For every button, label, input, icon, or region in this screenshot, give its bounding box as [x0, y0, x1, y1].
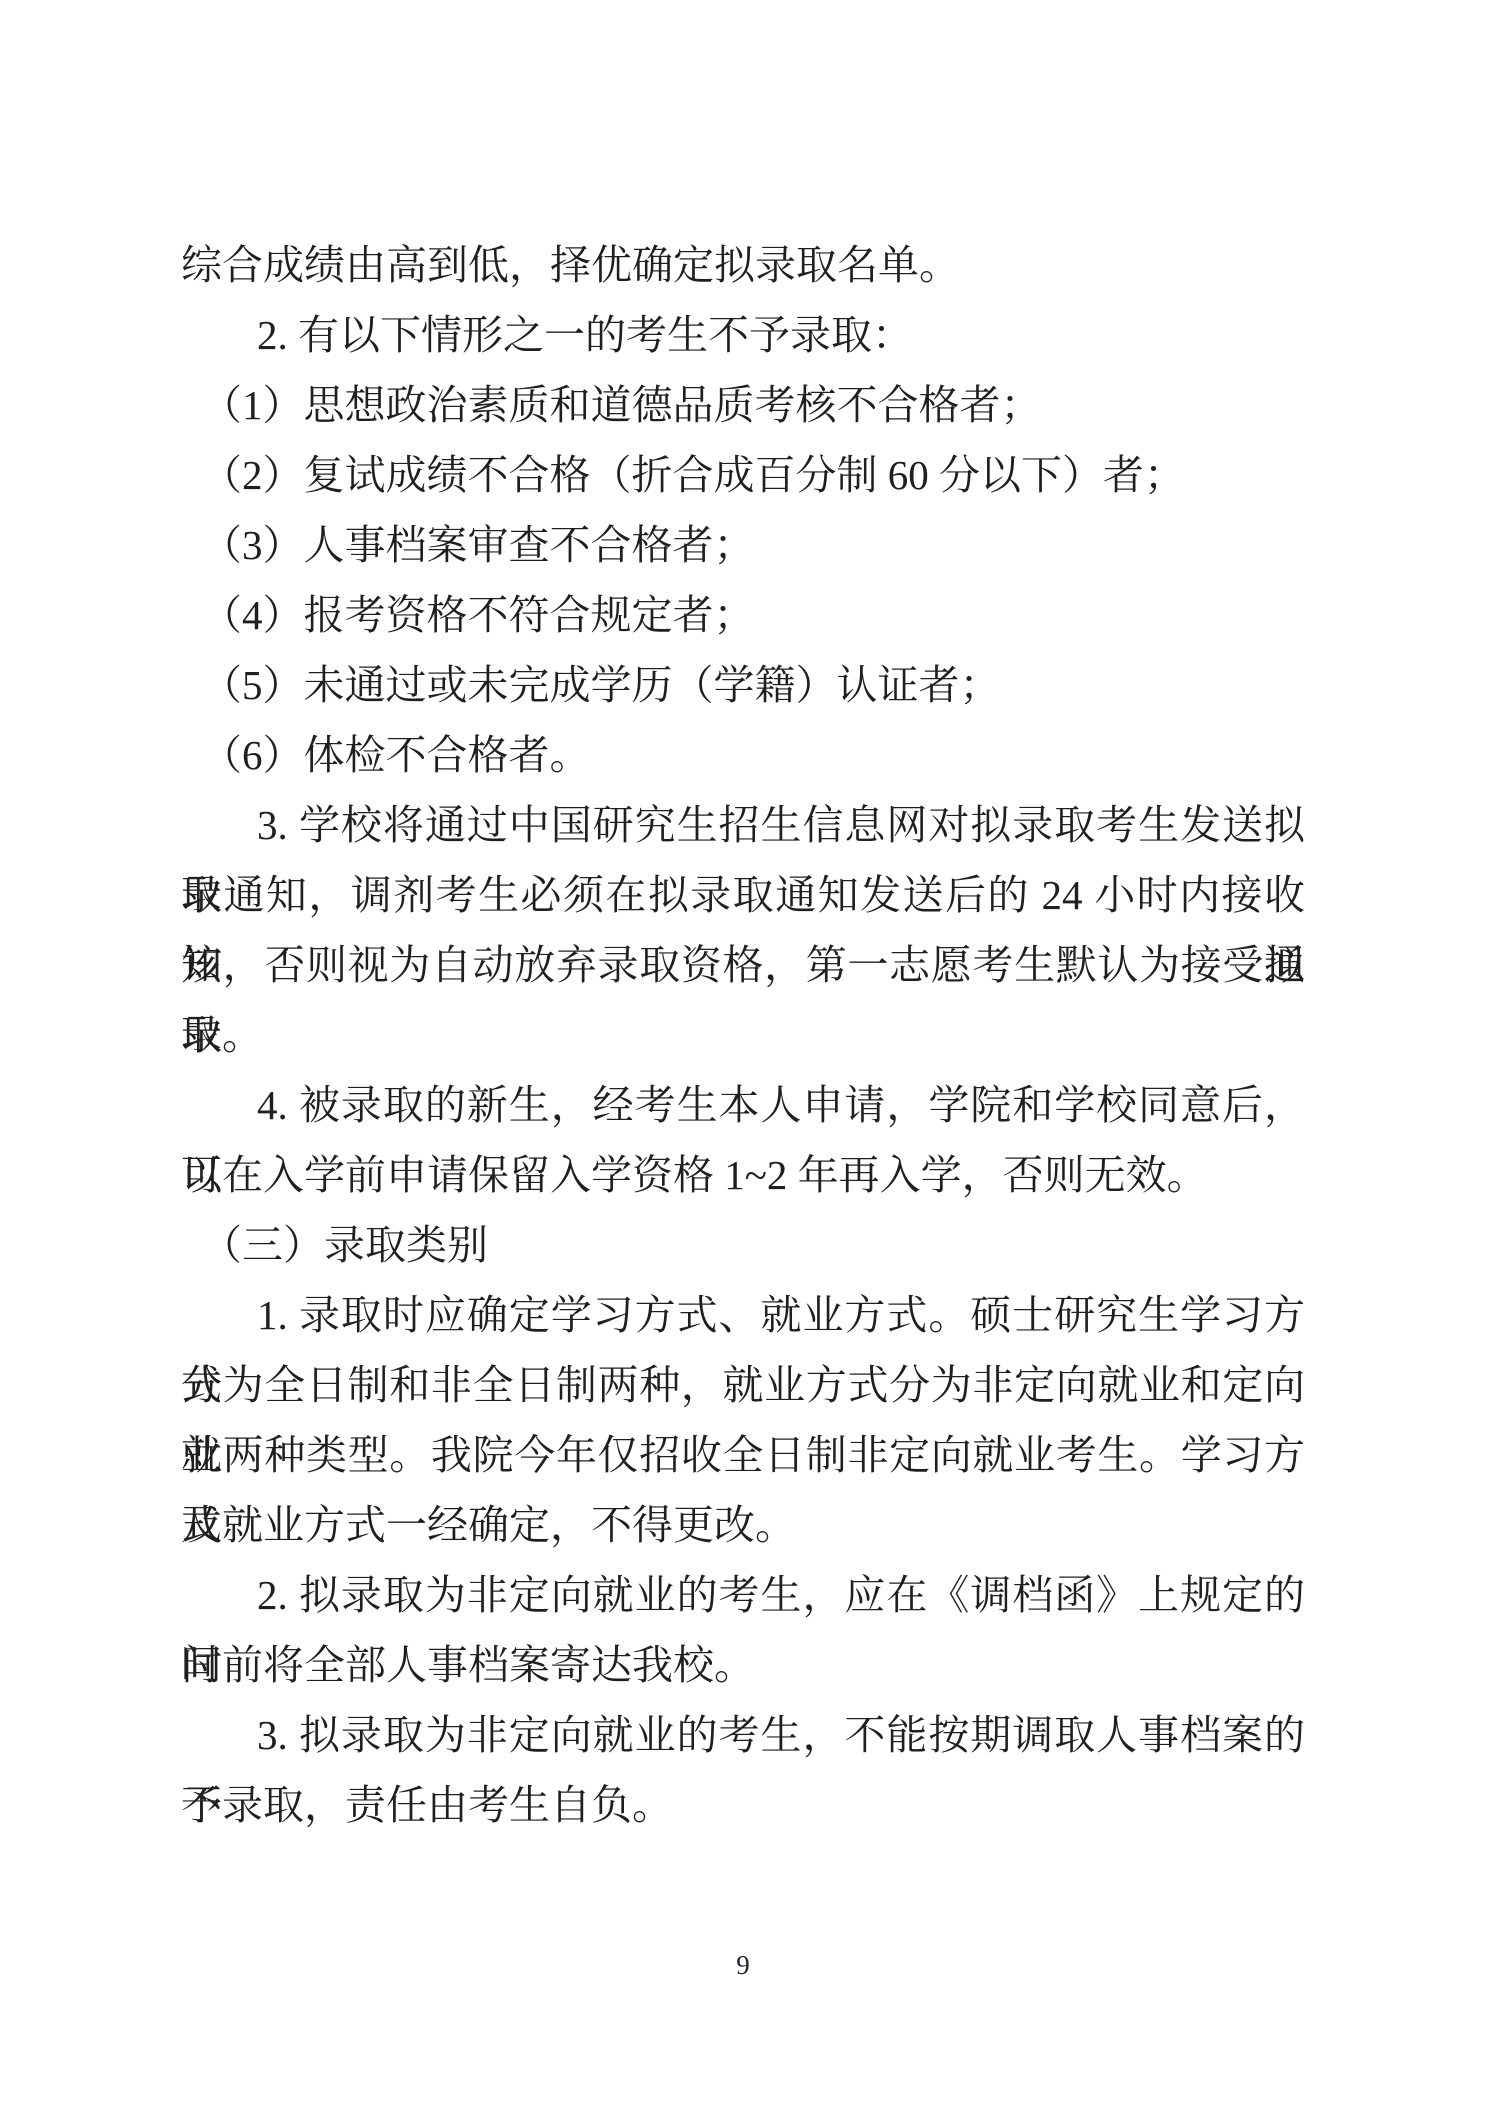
text-line: （6）体检不合格者。 [181, 720, 1305, 790]
text-line: （2）复试成绩不合格（折合成百分制 60 分以下）者； [181, 440, 1305, 510]
text-line: 取通知，调剂考生必须在拟录取通知发送后的 24 小时内接收该通 [181, 860, 1305, 930]
text-line: 间前将全部人事档案寄达我校。 [181, 1630, 1305, 1700]
text-line: （1）思想政治素质和道德品质考核不合格者； [181, 370, 1305, 440]
text-line: 知，否则视为自动放弃录取资格，第一志愿考生默认为接受拟录 [181, 930, 1305, 1000]
text-line: 综合成绩由高到低，择优确定拟录取名单。 [181, 230, 1305, 300]
text-line: 3. 学校将通过中国研究生招生信息网对拟录取考生发送拟录 [181, 790, 1305, 860]
text-line: （5）未通过或未完成学历（学籍）认证者； [181, 650, 1305, 720]
text-line: 4. 被录取的新生，经考生本人申请，学院和学校同意后，可 [181, 1070, 1305, 1140]
text-line: （3）人事档案审查不合格者； [181, 510, 1305, 580]
text-line: 取。 [181, 1000, 1305, 1070]
text-line: 以在入学前申请保留入学资格 1~2 年再入学，否则无效。 [181, 1140, 1305, 1210]
text-line: （三）录取类别 [181, 1210, 1305, 1280]
text-line: 业两种类型。我院今年仅招收全日制非定向就业考生。学习方式 [181, 1420, 1305, 1490]
page-number: 9 [0, 1944, 1486, 1986]
text-line: 1. 录取时应确定学习方式、就业方式。硕士研究生学习方式 [181, 1280, 1305, 1350]
text-line: 分为全日制和非全日制两种，就业方式分为非定向就业和定向就 [181, 1350, 1305, 1420]
text-line: 3. 拟录取为非定向就业的考生，不能按期调取人事档案的不 [181, 1700, 1305, 1770]
text-line: 及就业方式一经确定，不得更改。 [181, 1490, 1305, 1560]
document-page: 综合成绩由高到低，择优确定拟录取名单。 2. 有以下情形之一的考生不予录取： （… [0, 0, 1486, 2103]
text-line: 予录取，责任由考生自负。 [181, 1770, 1305, 1840]
text-block: 综合成绩由高到低，择优确定拟录取名单。 2. 有以下情形之一的考生不予录取： （… [181, 230, 1305, 1840]
text-line: （4）报考资格不符合规定者； [181, 580, 1305, 650]
text-line: 2. 拟录取为非定向就业的考生，应在《调档函》上规定的时 [181, 1560, 1305, 1630]
text-line: 2. 有以下情形之一的考生不予录取： [181, 300, 1305, 370]
